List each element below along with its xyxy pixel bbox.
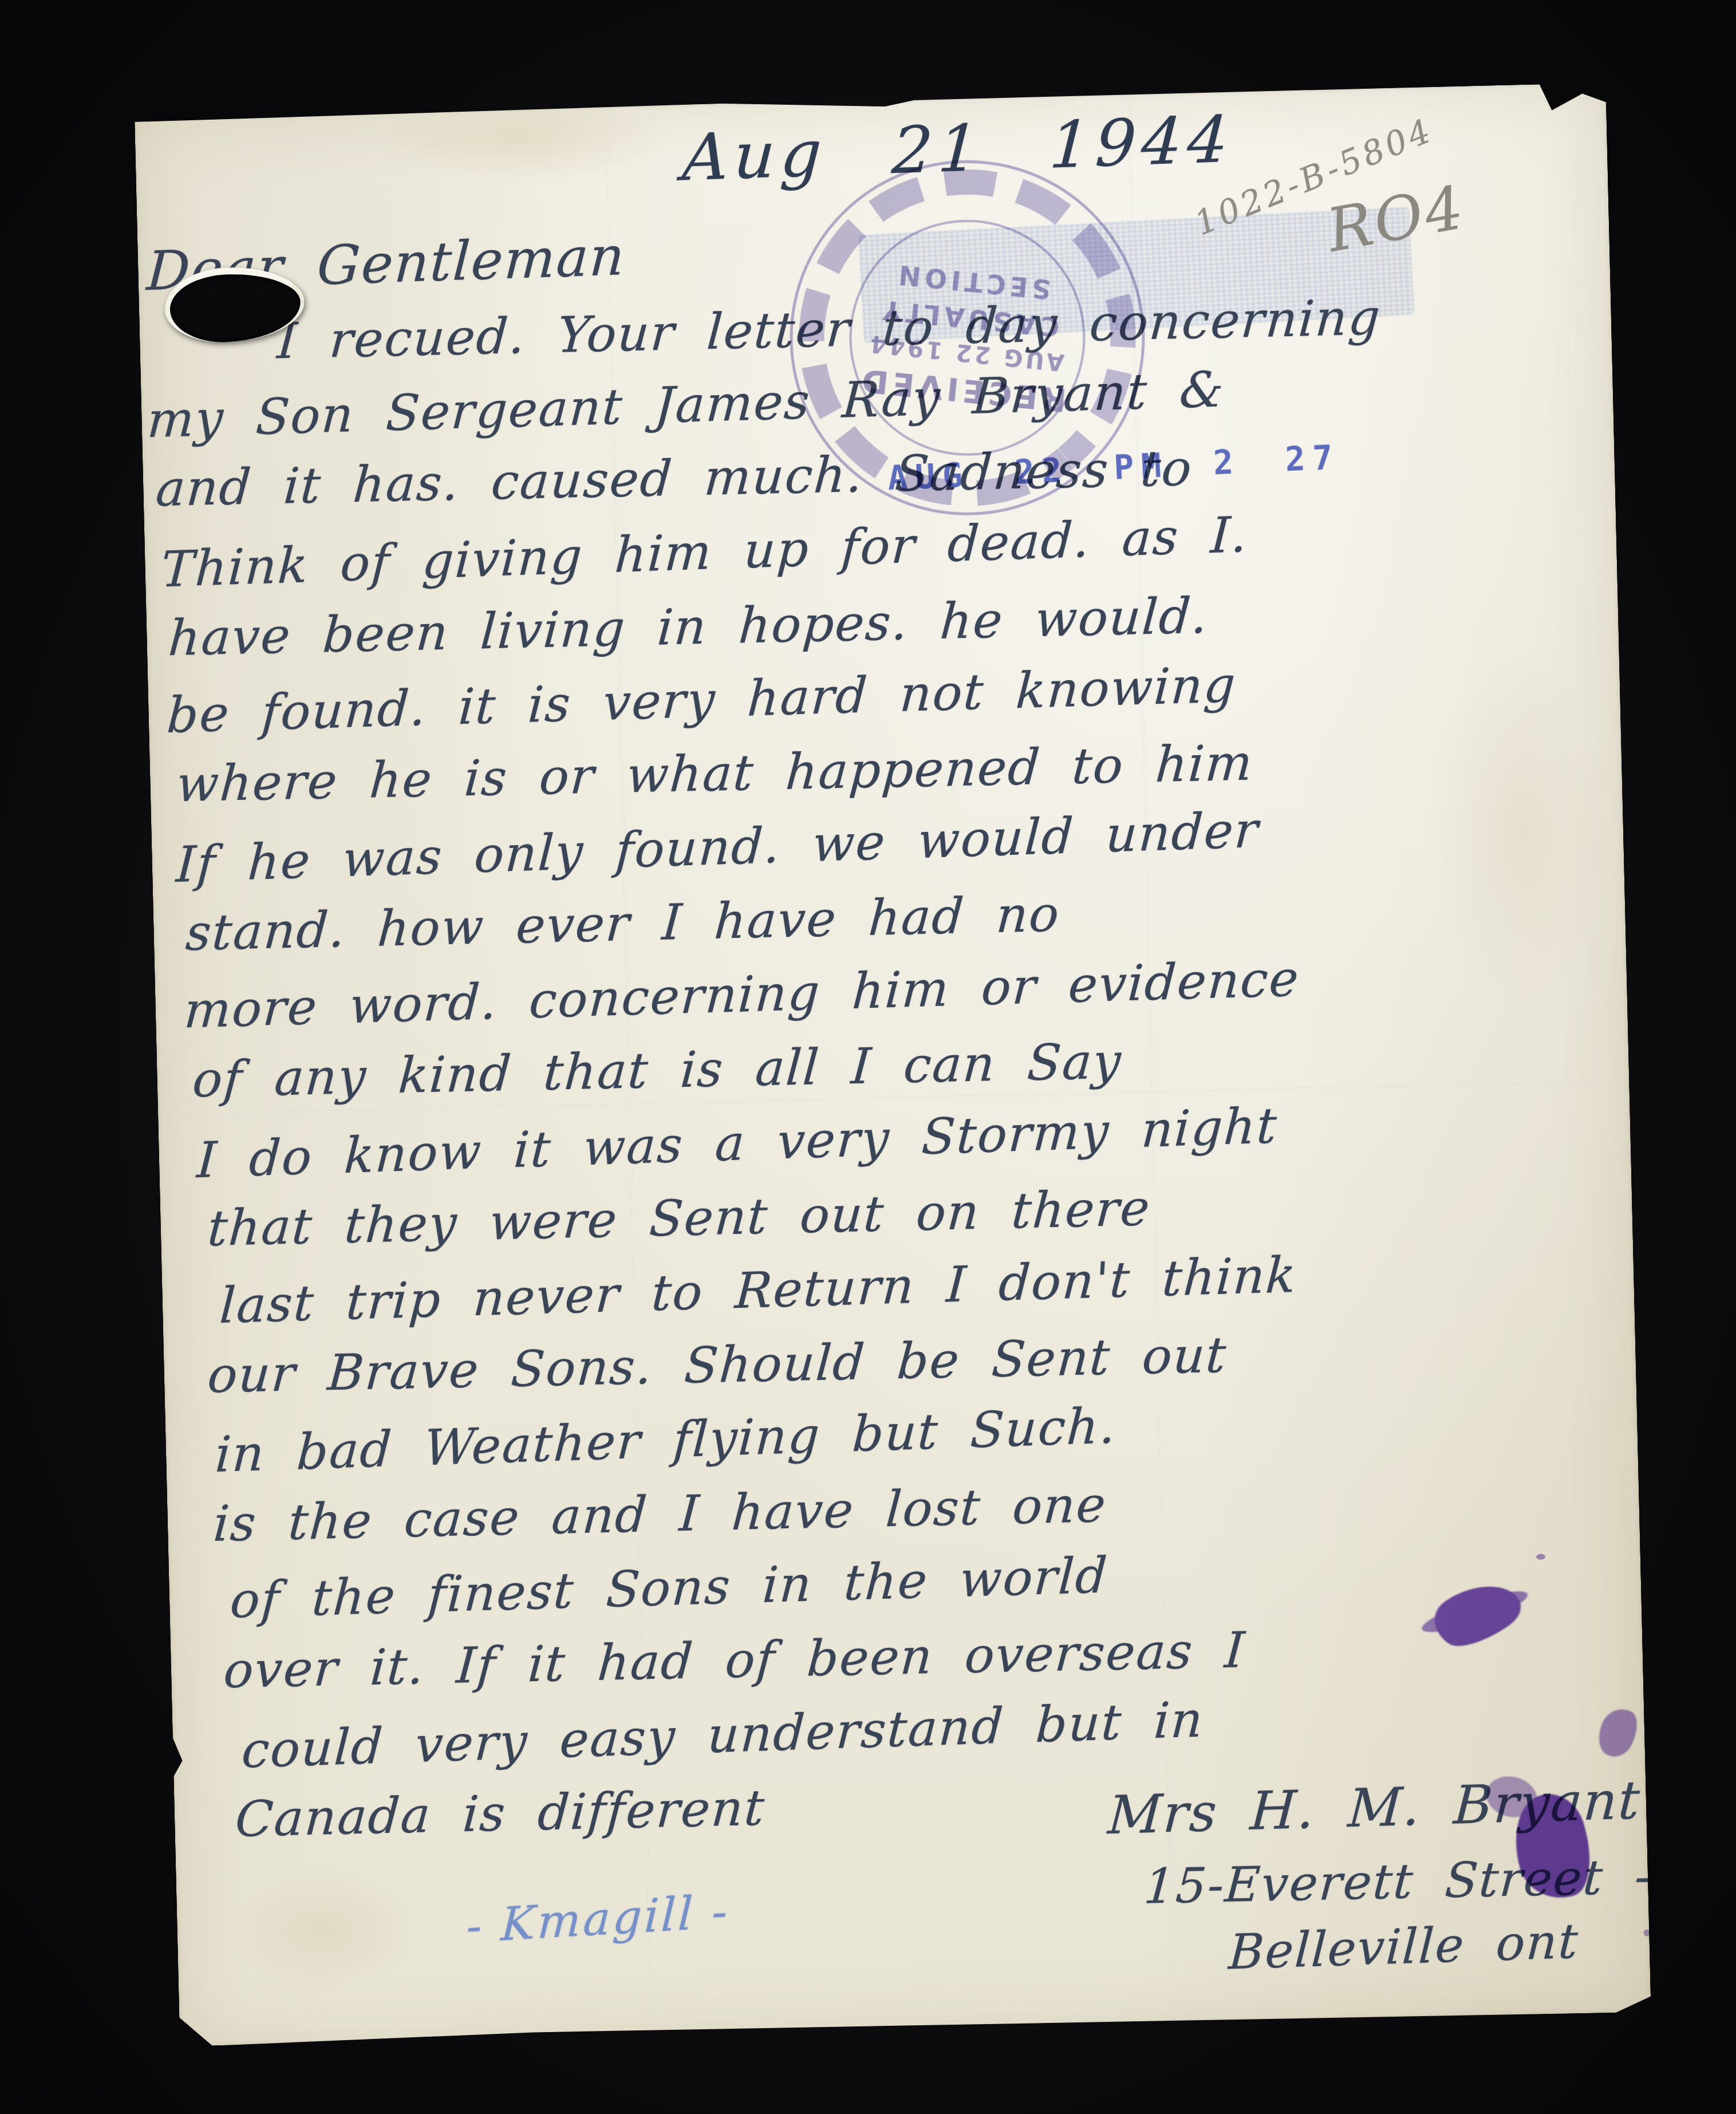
letter-line: of the finest Sons in the world bbox=[228, 1549, 1110, 1628]
clerk-note-blue-pencil: - Kmagill - bbox=[465, 1884, 731, 1953]
ink-blot-x bbox=[1418, 1573, 1533, 1657]
letter-line: is the case and I have lost one bbox=[212, 1478, 1108, 1552]
letter-line: I do know it was a very Stormy night bbox=[195, 1099, 1279, 1188]
letter-line: over it. If it had of been overseas I bbox=[222, 1623, 1248, 1698]
letter-line: more word. concerning him or evidence bbox=[183, 952, 1301, 1038]
letter-line: be found. it is very hard not knowing bbox=[165, 658, 1238, 743]
letter-line: If he was only found. we would under bbox=[175, 803, 1260, 893]
letter-line: in bad Weather flying but Such. bbox=[214, 1399, 1118, 1482]
pencil-routing-code: RO4 bbox=[1322, 172, 1471, 265]
letter-line: stand. how ever I have had no bbox=[184, 888, 1062, 961]
ink-blot-smudge bbox=[1592, 1703, 1643, 1762]
letter-paper: Aug 21 1944 Dear GentlemanI recued. Your… bbox=[135, 82, 1651, 2046]
letter-line: Canada is different bbox=[234, 1781, 767, 1847]
letter-line: have been living in hopes. he would. bbox=[167, 589, 1210, 666]
photo-of-letter: { "photo": { "background_color": "#0d0d1… bbox=[0, 0, 1736, 2114]
letter-line: Belleville ont bbox=[1227, 1915, 1580, 1979]
paper-stain bbox=[227, 1863, 425, 1999]
letter-line: last trip never to Return I don't think bbox=[218, 1248, 1298, 1334]
letter-line: that they were Sent out on there bbox=[206, 1181, 1153, 1256]
ink-speck bbox=[1536, 1554, 1545, 1560]
letter-line: our Brave Sons. Should be Sent out bbox=[206, 1328, 1229, 1403]
letter-line: where he is or what happened to him bbox=[175, 736, 1255, 811]
letter-line: could very easy understand but in bbox=[240, 1693, 1205, 1778]
paper-stain bbox=[1430, 644, 1610, 1015]
